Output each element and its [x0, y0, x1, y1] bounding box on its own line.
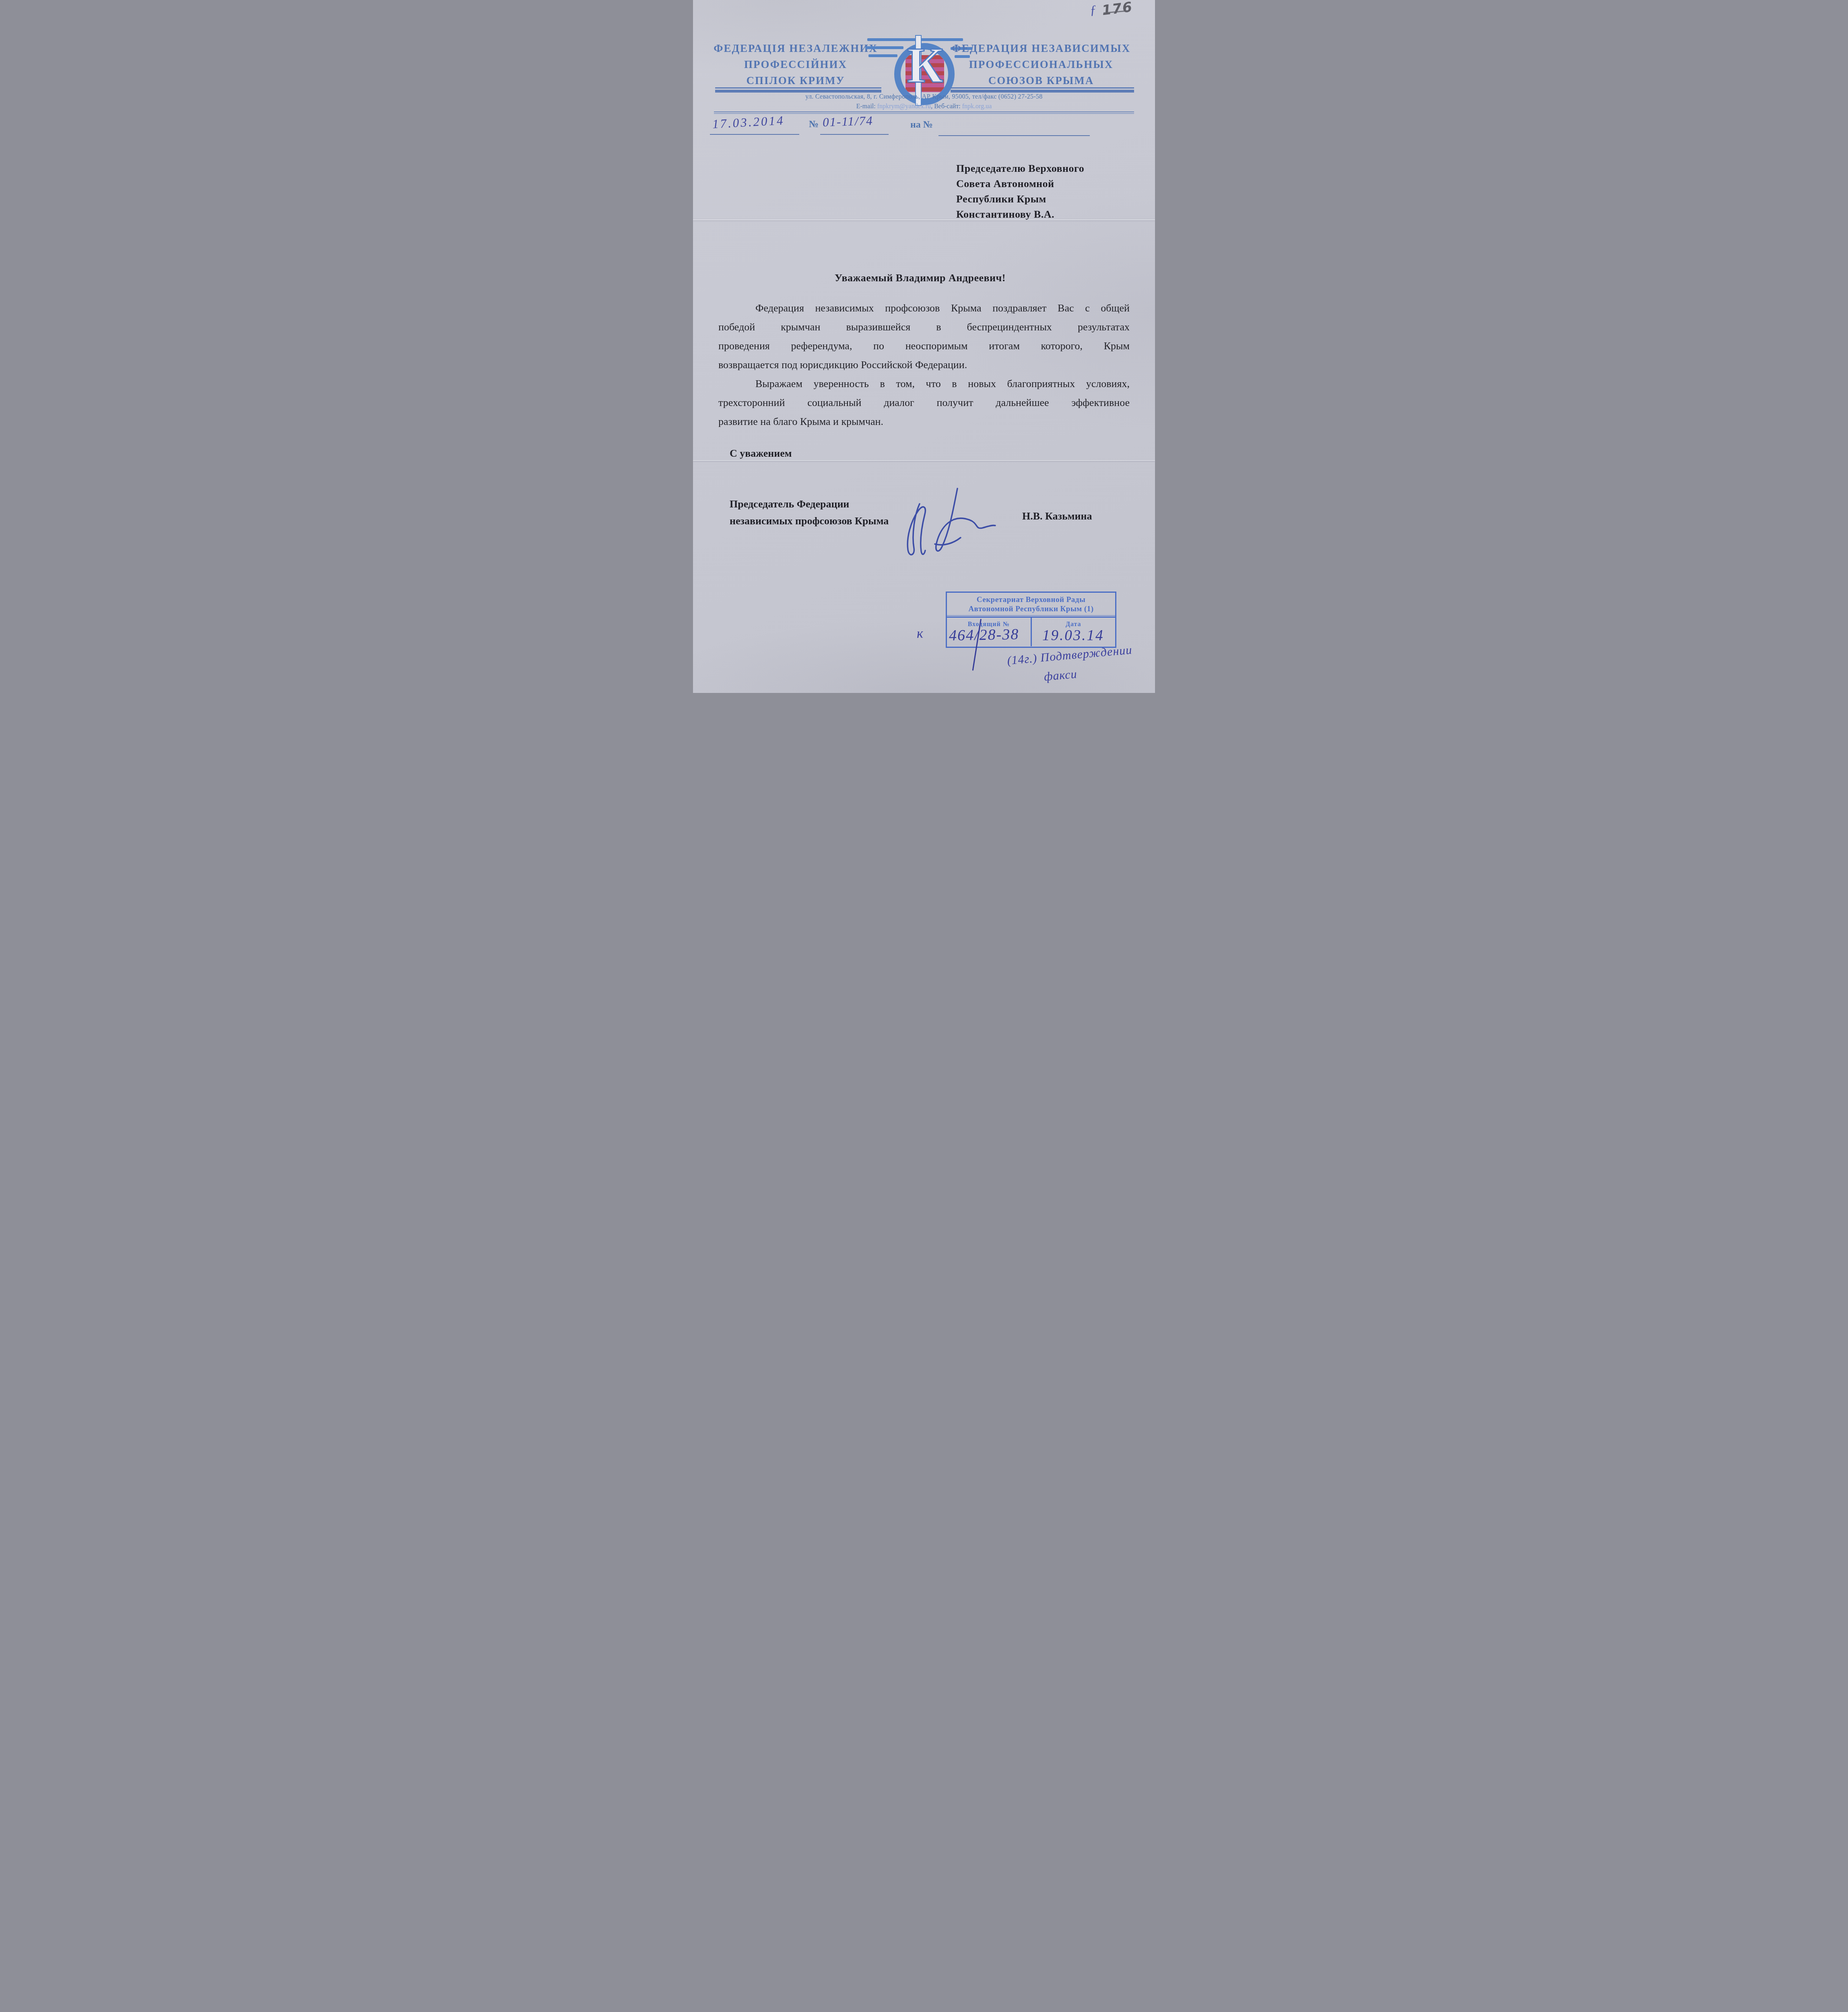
date-underline: [710, 134, 799, 135]
body-line: проведения референдума, по неоспоримым и…: [718, 336, 1130, 355]
salutation: Уважаемый Владимир Андреевич!: [835, 272, 1006, 284]
handwritten-signature: [896, 483, 997, 561]
body-line: Выражаем уверенность в том, что в новых …: [718, 374, 1130, 393]
website-label: Веб-сайт:: [934, 103, 962, 110]
handwritten-date: 17.03.2014: [712, 113, 785, 131]
reply-to-label: на №: [910, 120, 933, 130]
separator: ,: [931, 103, 934, 110]
email-label: E-mail:: [856, 103, 877, 110]
email-value: fnpkrym@yandex.ru: [877, 103, 931, 110]
org-left-line: ПРОФЕССІЙНИХ: [709, 56, 882, 72]
pen-mark: ƒ: [1089, 2, 1097, 17]
number-underline: [820, 134, 889, 135]
stamp-title: Секретариат Верховной Рады Автономной Ре…: [947, 593, 1115, 614]
letter-body: Федерация независимых профсоюзов Крыма п…: [718, 299, 1130, 431]
body-line: возвращается под юрисдикцию Российской Ф…: [718, 355, 1130, 374]
handwritten-k-mark: к: [916, 626, 923, 642]
contact-line: E-mail: fnpkrym@yandex.ru, Веб-сайт: fnp…: [693, 103, 1155, 110]
pencil-number: 176: [1101, 0, 1134, 19]
handwritten-incoming-number: 464/28-38: [949, 625, 1019, 644]
recipient-block: Председателю Верховного Совета Автономно…: [956, 161, 1084, 222]
org-right-line: СОЮЗОВ КРЫМА: [947, 72, 1136, 89]
org-left-line: ФЕДЕРАЦІЯ НЕЗАЛЕЖНИХ: [709, 40, 882, 56]
scanned-letter-page: ƒ 176 ФЕДЕРАЦІЯ НЕЗАЛЕЖНИХ ПРОФЕССІЙНИХ …: [693, 0, 1155, 693]
reply-underline: [938, 135, 1090, 136]
signer-title-line: Председатель Федерации: [730, 498, 849, 510]
signer-name: Н.В. Казьмина: [1022, 510, 1092, 522]
header-rule-right: [951, 87, 1134, 93]
number-sign: №: [809, 119, 819, 130]
bottom-handwritten-note: факси: [1044, 667, 1078, 684]
paper-crease-upper: [693, 219, 1155, 220]
logo-k-letter: К: [907, 36, 943, 96]
stamp-title-line: Автономной Республики Крым (1): [947, 604, 1115, 614]
logo-speed-line: [865, 46, 903, 49]
recipient-line: Председателю Верховного: [956, 161, 1084, 176]
address-line: ул. Севастопольская, 8, г. Симферополь, …: [693, 93, 1155, 101]
body-line: Федерация независимых профсоюзов Крыма п…: [718, 299, 1130, 317]
body-line: трехсторонний социальный диалог получит …: [718, 393, 1130, 412]
logo-speed-line: [868, 54, 897, 57]
header-rule-left: [715, 87, 881, 93]
org-right-line: ФЕДЕРАЦИЯ НЕЗАВИСИМЫХ: [947, 40, 1136, 56]
closing: С уважением: [730, 447, 792, 460]
recipient-line: Республики Крым: [956, 192, 1084, 207]
handwritten-incoming-date: 19.03.14: [1042, 627, 1104, 644]
org-name-russian: ФЕДЕРАЦИЯ НЕЗАВИСИМЫХ ПРОФЕССИОНАЛЬНЫХ С…: [947, 40, 1136, 89]
body-line: победой крымчан выразившейся в беспрецин…: [718, 317, 1130, 336]
stamp-title-line: Секретариат Верховной Рады: [947, 595, 1115, 604]
signer-title-line: независимых профсоюзов Крыма: [730, 515, 889, 527]
org-name-ukrainian: ФЕДЕРАЦІЯ НЕЗАЛЕЖНИХ ПРОФЕССІЙНИХ СПІЛОК…: [709, 40, 882, 89]
website-value: fnpk.org.ua: [962, 103, 992, 110]
org-left-line: СПІЛОК КРИМУ: [709, 72, 882, 89]
handwritten-outgoing-number: 01-11/74: [822, 113, 873, 130]
org-right-line: ПРОФЕССИОНАЛЬНЫХ: [947, 56, 1136, 72]
recipient-line: Совета Автономной: [956, 176, 1084, 192]
body-line: развитие на благо Крыма и крымчан.: [718, 412, 1130, 431]
recipient-line: Константинову В.А.: [956, 207, 1084, 222]
paper-crease-lower: [693, 460, 1155, 461]
